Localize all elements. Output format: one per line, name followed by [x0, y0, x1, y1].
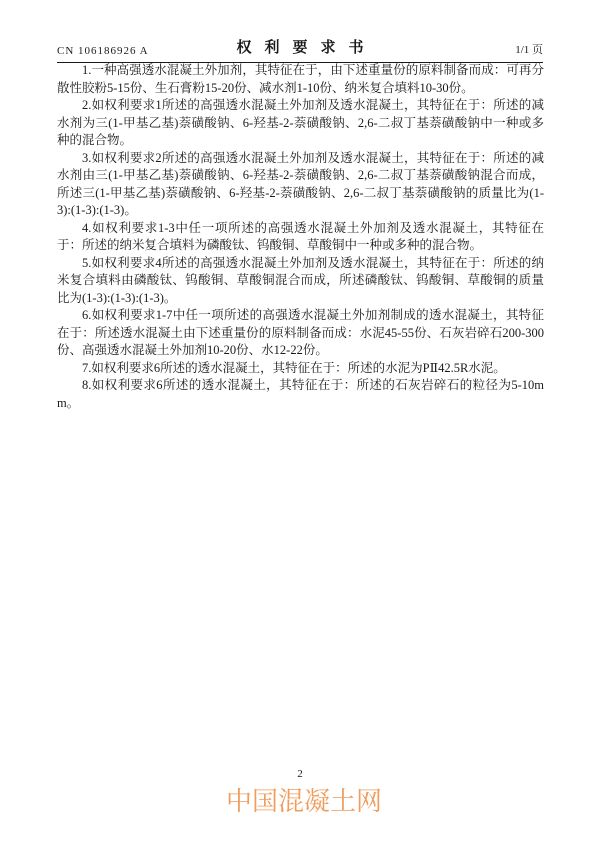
claim-7: 7.如权利要求6所述的透水混凝土，其特征在于：所述的水泥为PⅡ42.5R水泥。: [57, 360, 544, 378]
claims-body: 1.一种高强透水混凝土外加剂，其特征在于，由下述重量份的原料制备而成：可再分散性…: [57, 62, 544, 412]
claim-4: 4.如权利要求1-3中任一项所述的高强透水混凝土外加剂及透水混凝土，其特征在于：…: [57, 220, 544, 255]
patent-claims-page: CN 106186926 A 权利要求书 1/1 页 1.一种高强透水混凝土外加…: [0, 0, 600, 849]
document-title: 权利要求书: [207, 36, 393, 57]
claim-5: 5.如权利要求4所述的高强透水混凝土外加剂及透水混凝土，其特征在于：所述的纳米复…: [57, 255, 544, 308]
page-header: CN 106186926 A 权利要求书 1/1 页: [57, 36, 543, 63]
publication-number: CN 106186926 A: [57, 45, 207, 57]
claim-8: 8.如权利要求6所述的透水混凝土，其特征在于：所述的石灰岩碎石的粒径为5-10m…: [57, 377, 544, 412]
page-number: 2: [0, 768, 600, 780]
claim-6: 6.如权利要求1-7中任一项所述的高强透水混凝土外加剂制成的透水混凝土，其特征在…: [57, 307, 544, 360]
watermark: 中国混凝土网: [226, 786, 382, 816]
claim-1: 1.一种高强透水混凝土外加剂，其特征在于，由下述重量份的原料制备而成：可再分散性…: [57, 62, 544, 97]
claim-2: 2.如权利要求1所述的高强透水混凝土外加剂及透水混凝土，其特征在于：所述的减水剂…: [57, 97, 544, 150]
claim-3: 3.如权利要求2所述的高强透水混凝土外加剂及透水混凝土，其特征在于：所述的减水剂…: [57, 150, 544, 220]
page-indicator: 1/1 页: [393, 41, 543, 57]
